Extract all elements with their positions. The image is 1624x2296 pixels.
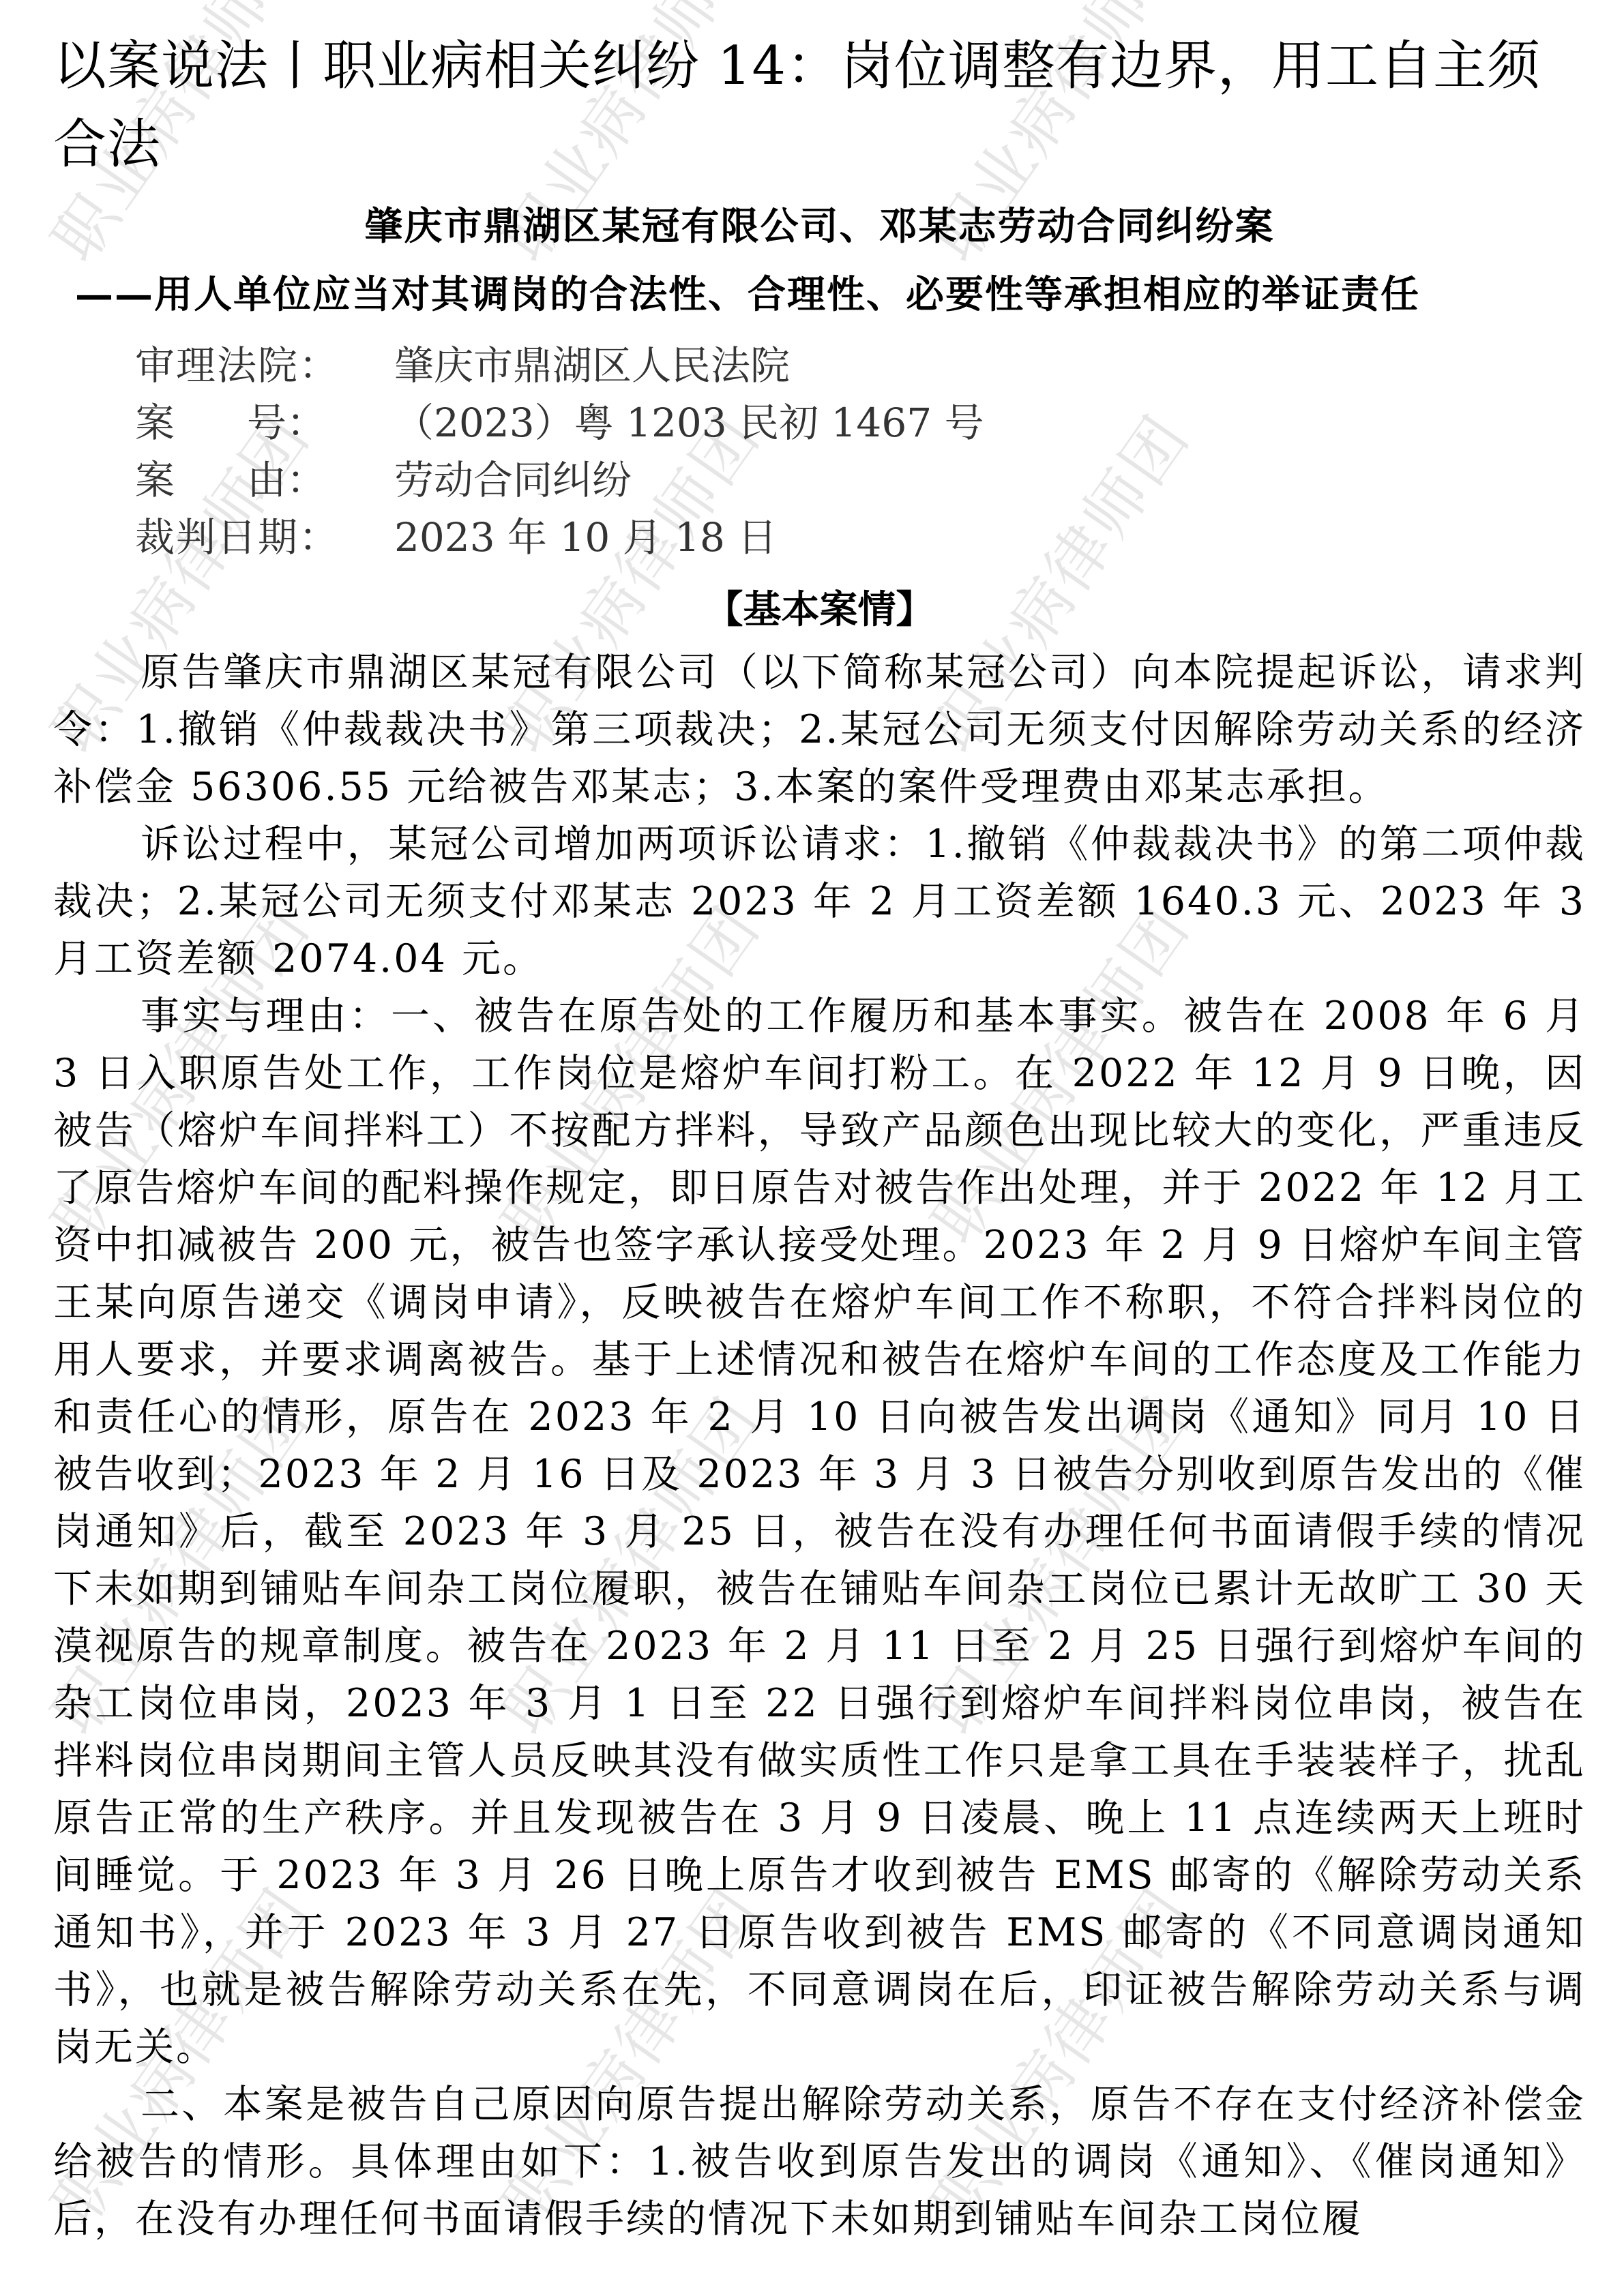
- meta-label-char: 案: [135, 451, 175, 509]
- meta-value-case-number: （2023）粤 1203 民初 1467 号: [394, 394, 984, 451]
- meta-label-case-number: 案 号：: [135, 394, 326, 451]
- meta-label-char: 由：: [247, 451, 326, 509]
- meta-label-char: 号：: [247, 394, 326, 451]
- case-subtitle: ——用人单位应当对其调岗的合法性、合理性、必要性等承担相应的举证责任: [53, 260, 1586, 329]
- case-meta: 审理法院： 肇庆市鼎湖区人民法院 案 号： （2023）粤 1203 民初 14…: [135, 337, 1586, 566]
- paragraph: 原告肇庆市鼎湖区某冠有限公司（以下简称某冠公司）向本院提起诉讼，请求判令：1.撤…: [53, 644, 1586, 816]
- document-title: 以案说法丨职业病相关纠纷 14：岗位调整有边界，用工自主须合法: [53, 0, 1586, 184]
- meta-value-court: 肇庆市鼎湖区人民法院: [394, 337, 790, 394]
- meta-value-judgment-date: 2023 年 10 月 18 日: [394, 509, 777, 566]
- meta-label-judgment-date: 裁判日期：: [135, 509, 394, 566]
- meta-label-char: 案: [135, 394, 175, 451]
- meta-row-case-number: 案 号： （2023）粤 1203 民初 1467 号: [135, 394, 1586, 451]
- document-page: 以案说法丨职业病相关纠纷 14：岗位调整有边界，用工自主须合法 肇庆市鼎湖区某冠…: [0, 0, 1624, 2248]
- paragraph: 事实与理由：一、被告在原告处的工作履历和基本事实。被告在 2008 年 6 月 …: [53, 987, 1586, 2076]
- meta-label-cause: 案 由：: [135, 451, 326, 509]
- paragraph: 二、本案是被告自己原因向原告提出解除劳动关系，原告不存在支付经济补偿金给被告的情…: [53, 2076, 1586, 2248]
- paragraph: 诉讼过程中，某冠公司增加两项诉讼请求：1.撤销《仲裁裁决书》的第二项仲裁裁决；2…: [53, 816, 1586, 987]
- meta-value-cause: 劳动合同纠纷: [394, 451, 632, 509]
- meta-row-court: 审理法院： 肇庆市鼎湖区人民法院: [135, 337, 1586, 394]
- case-name: 肇庆市鼎湖区某冠有限公司、邓某志劳动合同纠纷案: [53, 192, 1586, 260]
- meta-row-judgment-date: 裁判日期： 2023 年 10 月 18 日: [135, 509, 1586, 566]
- section-heading-basic-facts: 【基本案情】: [53, 581, 1586, 638]
- meta-row-cause: 案 由： 劳动合同纠纷: [135, 451, 1586, 509]
- meta-label-court: 审理法院：: [135, 337, 394, 394]
